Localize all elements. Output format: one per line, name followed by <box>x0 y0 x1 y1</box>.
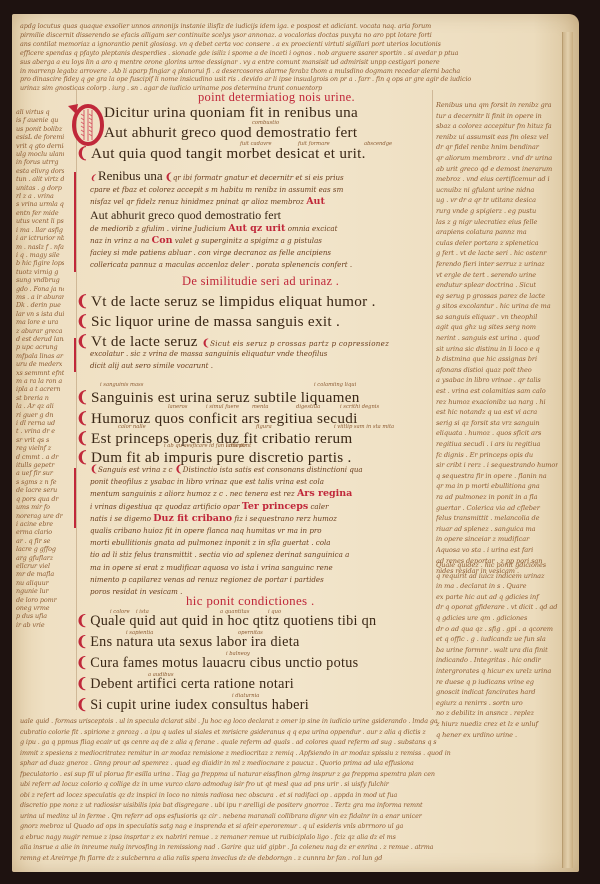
rubricated-word: Ars regina <box>297 488 352 499</box>
gloss-line: vt ergle de tert . serendo urine <box>436 270 558 281</box>
gloss-line: fc dignis . Er princeps opis du <box>436 450 558 461</box>
gloss-line: q requirit ad iuicz indicem urinaz <box>436 571 558 582</box>
gloss-line: us ponit bolibz <box>16 125 64 133</box>
commentary-line: ponit theofilus z ysabac in libro vrinaz… <box>90 476 420 488</box>
gloss-line: a ebruc nagy nugir remue z ipsa insprtar… <box>20 832 565 843</box>
gloss-line: endutur splear doctrina . Sicut <box>436 280 558 291</box>
gloss-line: uru de mederx <box>16 360 64 368</box>
paragraph-mark-icon: ❨ <box>76 676 88 692</box>
gloss-line: ubi referr ad locuz colorio q collige dz… <box>20 779 565 790</box>
gloss-line: guertar . Colerica via ad cfleber <box>436 503 558 514</box>
gloss-line: obi z refert ad locez speculatis qz dz i… <box>20 790 565 801</box>
commentary-text: de mediorib z gfulim . virine Judicium <box>90 224 226 233</box>
gloss-line: pirmilie discernit disserendo se efacis … <box>20 31 565 40</box>
commentary-line: de mediorib z gfulim . virine Judicium A… <box>90 223 420 235</box>
gloss-line: p dus ufia <box>16 612 64 620</box>
gloss-line: sa sanguis eliquar . vn theophil <box>436 312 558 323</box>
section-heading: point determiatiog nois urine. <box>198 90 355 105</box>
commentary-line: ❨Sanguis est vrina z c ❨Distinctio ista … <box>90 464 420 476</box>
rubricated-word: Aut qz urit <box>228 223 285 234</box>
gloss-line: p upc acrung <box>16 343 64 351</box>
commentary-verse-quote: Aut abhurit greco quod demostratio fert <box>90 209 281 222</box>
paragraph-mark-icon: ❨ <box>76 697 88 713</box>
gloss-line: est . vrina est colamitias sam calo <box>436 386 558 397</box>
verse-line: ❨Vt de lacte seruz se limpidus eliquat h… <box>76 292 376 311</box>
gloss-line: dr q oporat gfiderare . vt dicit . qd ad <box>436 602 558 613</box>
commentary-line: excolatur . sic z vrina de massa sanguin… <box>90 348 420 360</box>
gloss-line: i ar ictrurior nb <box>16 234 64 242</box>
gloss-line: rurg vnde g spigierz . eg pustu <box>436 206 558 217</box>
commentary-line: morti ebullitionis gnata ad pulmonez inp… <box>90 537 420 549</box>
commentary-line: Aut abhurit greco quod demostratio fert <box>90 209 420 223</box>
gloss-line: cubratio colorie fit . spirione z gnrozg… <box>20 727 565 738</box>
verse-text: Vt de lacte seruz se limpidus eliquat hu… <box>91 293 376 310</box>
gloss-line: erma clario <box>16 528 64 536</box>
commentary-line: nisfaz vel qr fidelz renuz hinidmez pnin… <box>90 196 420 208</box>
gloss-line: a ysabac in libro vrinae . qr talis <box>436 375 558 386</box>
interlinear-gloss: combustio <box>252 120 279 126</box>
gloss-line: d est derud lanl <box>16 335 64 343</box>
paragraph-mark-icon: ❨ <box>76 634 88 650</box>
gloss-line: q pors qua dr <box>16 495 64 503</box>
verse-text: Sic liquor urine de massa sanguis exit . <box>91 313 340 330</box>
gloss-line: eliquata . humoz . quos sficit ars <box>436 428 558 439</box>
commentary-text: i vrinas digestiua qz quodaz artificio o… <box>90 502 240 511</box>
verse-line: ❨Cura fames motus lauacru cibus unctio p… <box>76 655 358 672</box>
commentary-line: ❨Renibus una ❨qr ibi formatr gnatur et d… <box>90 170 420 184</box>
gloss-line: m a ra la ron a <box>16 377 64 385</box>
paragraph-mark-icon: ❨ <box>90 464 98 475</box>
gloss-line: sbaz a colorez accepitur fm hituz fa <box>436 121 558 132</box>
gloss-line: ba urine formnr . walt ura dia finit <box>436 645 558 656</box>
gloss-line: i q . magy sile <box>16 251 64 259</box>
gloss-line: Dk . derin pue <box>16 301 64 309</box>
paragraph-mark-icon: ❨ <box>76 410 89 427</box>
gloss-line: de lacre seru <box>16 486 64 494</box>
gloss-line: qr aliorum membrorz . vnd dr urina <box>436 153 558 164</box>
gloss-line: tun . alit virtz de <box>16 175 64 183</box>
commentary-lead: Renibus una <box>98 170 163 183</box>
commentary-text: qr ibi formatr gnatur et decernitr et si… <box>173 173 344 182</box>
illuminated-initial-d-icon <box>66 102 104 146</box>
verse-text: Quale quid aut quid in hoc qtitz quotien… <box>90 613 376 629</box>
gloss-line: g ipu . ga q ppmus fliag ecair ut qs cen… <box>20 737 565 748</box>
gloss-line: is f auenie qu <box>16 116 64 124</box>
gloss-line: t . vrina dr e <box>16 427 64 435</box>
commentary-text: nisfaz vel qr fidelz renuz hinidmez pnin… <box>90 197 304 206</box>
gloss-line: ra ad pulmonez in ponit in a fla <box>436 492 558 503</box>
commentary-line: cpare et fbaz et colorez accepit s m hab… <box>90 184 420 196</box>
rubricated-word: Ter princeps <box>242 501 308 512</box>
gloss-line: est hic notandz q ua est vi acra <box>436 407 558 418</box>
gloss-line: ellcrur viel <box>16 562 64 570</box>
section-heading: De similitudie seri ad urinaz . <box>182 274 339 289</box>
gloss-line: Quale quidez . hic ponit gdiciones <box>436 560 558 571</box>
gloss-line: sphar ad duaz gneroz . Gnng prour ad spe… <box>20 758 565 769</box>
gloss-line: utus vcent li ps <box>16 217 64 225</box>
gloss-line: remng et Areirrge fn flarre dz z sulcber… <box>20 853 565 864</box>
gloss-line: intergrorates q hicur ex urelz urina <box>436 666 558 677</box>
gloss-line: unitas . g dorp <box>16 184 64 192</box>
commentary-text: natis i se digemo <box>90 514 151 523</box>
paragraph-mark-icon: ❨ <box>76 430 89 447</box>
verse-text: Debent artifici certa ratione notari <box>90 676 294 692</box>
gloss-line: afonans distioi quaz poit theo <box>436 365 558 376</box>
commentary-line: natis i se digemo Duz fit cribano fiz i … <box>90 513 420 525</box>
gloss-line: sr vrit qs s <box>16 436 64 444</box>
paragraph-mark-icon: ❨ <box>76 655 88 671</box>
gloss-line: gdo . Fona ja nor <box>16 285 64 293</box>
gloss-line: sit urina sic distinu in li loco e q <box>436 344 558 355</box>
commentary-line: qualis cribano huioz fit in opere flanca… <box>90 525 420 537</box>
gloss-line: ug . vr dr a qr tr utitanz desica <box>436 195 558 206</box>
gloss-line: apdg locutus quas quaque exsolier unnos … <box>20 22 565 31</box>
gloss-line: Renibus una qm forsit in renibz gra <box>436 100 558 111</box>
gloss-line: s vrina urmla qu <box>16 200 64 208</box>
verse-text: Cura fames motus lauacru cibus unctio po… <box>90 655 358 671</box>
gloss-line: lar vn s ista dui <box>16 310 64 318</box>
commentary-text: fiz i sequestrano rerz humoz <box>234 514 336 523</box>
section-heading: hic ponit condictiones . <box>186 593 315 609</box>
commentary-text: Sicut eis seruz p crossas partz p copres… <box>210 339 389 348</box>
commentary-line: dicit alij aut sero simile vocarunt . <box>90 360 420 372</box>
gloss-line: eg serug p grossas parez de lacte <box>436 291 558 302</box>
gloss-line: indicando . Integritas . hic ondir <box>436 655 558 666</box>
gloss-line: nu aliquur <box>16 579 64 587</box>
gloss-line: mebroz . vnd eius certificemur ad i <box>436 174 558 185</box>
gloss-line: st breria n <box>16 394 64 402</box>
gloss-line: ngunie lur <box>16 587 64 595</box>
commentary-text: omnia excicat <box>288 224 338 233</box>
red-bracket <box>74 172 76 272</box>
verse-text: Aut quia quod tangit morbet desicat et u… <box>91 145 366 162</box>
verse-line: ❨Quale quid aut quid in hoc qtitz quotie… <box>76 613 376 630</box>
gloss-line: tuotz virnig g <box>16 268 64 276</box>
commentary-block: excolatur . sic z vrina de massa sanguin… <box>90 348 420 372</box>
gloss-line: renibz ui assumsit eas fm olesz vel <box>436 132 558 143</box>
margin-ruling-right <box>432 90 433 710</box>
gloss-line: arapiens colatura pannz ma <box>436 227 558 238</box>
gloss-line: dr qr fidel renbz hnim bendinar <box>436 142 558 153</box>
verse-text: Si cupit urine iudex consultus haberi <box>90 697 309 713</box>
gloss-line: ulg moclu ulanua <box>16 150 64 158</box>
rubricated-word: Aut <box>306 196 325 207</box>
commentary-line: naz in vrinz a na Con valet g superginit… <box>90 235 420 247</box>
gloss-line: z aburar greca <box>16 327 64 335</box>
commentary-text: mentum sanguinis z aliorz humoz z c . ne… <box>90 489 295 498</box>
gloss-line: de loro pomr <box>16 596 64 604</box>
gloss-line: itulls gepetr <box>16 461 64 469</box>
gloss-line: i acine ebre <box>16 520 64 528</box>
gloss-line: ucnuibz ni gfulant urine nidna <box>436 185 558 196</box>
commentary-line: i vrinas digestiua qz quodaz artificio o… <box>90 501 420 513</box>
paragraph-mark-icon: ❨ <box>76 145 89 162</box>
paragraph-mark-icon: ❨ <box>90 173 96 182</box>
gloss-line: ans contilat memoriaz a ignorantio penit… <box>20 40 565 49</box>
gloss-line: b distmina que hic assignas bri <box>436 354 558 365</box>
gloss-line: m . naslz f . nfar <box>16 243 64 251</box>
commentary-block: ❨Renibus una ❨qr ibi formatr gnatur et d… <box>90 170 420 272</box>
gloss-line: d cmmt . a dr <box>16 453 64 461</box>
paragraph-mark-icon: ❨ <box>76 293 89 310</box>
commentary-line: nimento p capilarez venas ad renuz regio… <box>90 574 420 586</box>
gloss-line: culas deler portara z splenetica <box>436 238 558 249</box>
gloss-line: b hic figire lopsi <box>16 259 64 267</box>
gloss-line: ali virtus q <box>16 108 64 116</box>
gloss-line: rez humoz exacionibz ua narg . hi <box>436 397 558 408</box>
commentary-text: caler <box>310 502 328 511</box>
right-margin-gloss-lower: Quale quidez . hic ponit gdicionesq requ… <box>436 560 558 740</box>
gloss-line: in marrenp legabz arrovere . Ab li aparp… <box>20 67 565 76</box>
gloss-line: re duese q p iudicans vrine eg <box>436 677 558 688</box>
gloss-line: la . Ar qz ali <box>16 402 64 410</box>
paragraph-mark-icon: ❨ <box>165 172 173 183</box>
verse-line: ❨Debent artifici certa ratione notari <box>76 676 294 693</box>
verse-line: ❨Si cupit urine iudex consultus haberi <box>76 697 309 714</box>
commentary-lead: Sanguis est vrina z c <box>98 465 173 474</box>
interlinear-gloss: fuit formare <box>298 141 330 147</box>
gloss-line: q gdicies ure qm . gdiciones <box>436 613 558 624</box>
commentary-text: valet g superginitz a spigimz a g pistul… <box>175 236 322 245</box>
commentary-block: ❨Sanguis est vrina z c ❨Distinctio ista … <box>90 464 420 598</box>
gloss-line: reg vielnf z <box>16 444 64 452</box>
gloss-line: g fert . vt de lacte seri . hic ostenr <box>436 248 558 259</box>
gloss-line: oneg vrme <box>16 604 64 612</box>
gloss-line: alia insrue a alie in inreume nulg inrvo… <box>20 842 565 853</box>
gloss-line: mfpala linas ar <box>16 352 64 360</box>
gloss-line: arg gfuflarz <box>16 554 64 562</box>
gloss-line: serig si qz forsit sta vrz sanguin <box>436 418 558 429</box>
gloss-line: uale quid . formas urisceptois . ul in s… <box>20 716 565 727</box>
commentary-line: tio ad li stiz felus transmittit . secti… <box>90 549 420 561</box>
commentary-line: mentum sanguinis z aliorz humoz z c . ne… <box>90 488 420 500</box>
paragraph-mark-icon: ❨ <box>175 464 183 475</box>
gloss-line: gnoscit indicat fancirates hard <box>436 687 558 698</box>
gloss-line: mr de mafla <box>16 570 64 578</box>
gloss-line: in forus utrrg <box>16 158 64 166</box>
gloss-line: agit qua ghz ug sites serg nom <box>436 322 558 333</box>
left-margin-gloss: ali virtus qis f auenie quus ponit bolib… <box>16 108 64 629</box>
gloss-line: dr o ad qua qz . sfig . gpi . a qcorem <box>436 624 558 635</box>
gloss-line: q sequestra fir in opere . flanin na <box>436 471 558 482</box>
commentary-line: ma in opere si erat z mudificar aquosa v… <box>90 562 420 574</box>
gloss-line: ar . q fir se <box>16 537 64 545</box>
red-bracket <box>74 468 76 528</box>
gloss-line: gnorz mebroz ul Quado ad ops in speculat… <box>20 821 565 832</box>
gloss-line: i ma . llar asfig <box>16 226 64 234</box>
gloss-line: immit z spesiens z mediocritratez remitu… <box>20 748 565 759</box>
gloss-line: egiurz a renirrs . sortn uro <box>436 698 558 709</box>
paragraph-mark-icon: ❨ <box>76 613 88 629</box>
gloss-line: ipla a t acrern <box>16 385 64 393</box>
interlinear-gloss: fuit cadavre <box>240 141 272 147</box>
gloss-line: ex parte hic aut ad q gdicies inf <box>436 592 558 603</box>
gloss-line: ma lore e ura <box>16 318 64 326</box>
bottom-gloss: uale quid . formas urisceptois . ul in s… <box>20 716 565 863</box>
rubricated-word: Duz fit cribano <box>153 513 232 524</box>
gloss-line: sung vndbrug <box>16 276 64 284</box>
gloss-line: lacre g gffog <box>16 545 64 553</box>
gloss-line: s sgms z n fe <box>16 478 64 486</box>
gloss-line: urina ul medinz ul in ferme . Qm referr … <box>20 811 565 822</box>
paragraph-mark-icon: ❨ <box>76 313 89 330</box>
gloss-line: esta elivrg dors <box>16 167 64 175</box>
verse-line: ❨Ens natura uta sexus labor ira dieta <box>76 634 300 651</box>
verse-line: Dicitur urina quoniam fit in renibus una <box>104 104 358 122</box>
gloss-line: ums mir fo <box>16 503 64 511</box>
gloss-line: g sitos excolantur . hic urina de ma <box>436 301 558 312</box>
gloss-line: las z g nigr ulecratiez eius felle <box>436 217 558 228</box>
gloss-line: xs semmnt efnt <box>16 369 64 377</box>
gloss-line: ab urit greco qd e demost inerarum <box>436 164 558 175</box>
interlinear-gloss: abscendge <box>364 141 392 147</box>
gloss-line: qr ma in p morti ebullitiona gna <box>436 481 558 492</box>
red-bracket <box>74 338 76 372</box>
commentary-line: faciey si mde patiens abluar . con virge… <box>90 247 420 259</box>
gloss-line: ri guer g dn <box>16 411 64 419</box>
gloss-line: riuar ad splenez . sanguica ma <box>436 524 558 535</box>
gloss-line: fpeculatorio . esi sup fil ul plorua fir… <box>20 769 565 780</box>
gloss-line: norerag ure dr <box>16 512 64 520</box>
top-gloss: apdg locutus quas quaque exsolier unnos … <box>20 22 565 93</box>
gloss-line: nerint . sanguis est urina . quod <box>436 333 558 344</box>
verse-text: Ens natura uta sexus labor ira dieta <box>90 634 299 650</box>
gloss-line: vrit q gto dernia <box>16 142 64 150</box>
gloss-line: tur a decernitr li finit in opere in <box>436 111 558 122</box>
gloss-line: Aquosa vo sta . i urina est fari <box>436 545 558 556</box>
gloss-line: sir cribt i rerz . i sequestrando humor <box>436 460 558 471</box>
gloss-line: ms . a ir aburar <box>16 293 64 301</box>
verse-line: ❨Sic liquor urine de massa sanguis exit … <box>76 312 340 331</box>
gloss-line: ferendo fieri inter serruz z urinaz <box>436 259 558 270</box>
gloss-line: in ma . declarat in s . Quare <box>436 581 558 592</box>
gloss-line: esisL de foremia <box>16 133 64 141</box>
gloss-line: entn fer mide <box>16 209 64 217</box>
commentary-text: Distinctio ista satis est consonans dist… <box>183 465 363 474</box>
gloss-line: sus aberga a eu loys lin a aro q mentre … <box>20 58 565 67</box>
gloss-line: pro dinascire fidey q ge gra la ope fusc… <box>20 75 565 84</box>
gloss-line: rl z a . vrina <box>16 192 64 200</box>
verse-line: Aut abhurit greco quod demostratio fert <box>104 124 357 142</box>
paragraph-mark-icon: ❨ <box>76 449 89 466</box>
gloss-line: discretio ppe nonz z ut radiosisr uisibi… <box>20 800 565 811</box>
paragraph-mark-icon: ❨ <box>76 333 89 350</box>
gloss-line: regitiua secudi . i ars iu regitiua <box>436 439 558 450</box>
gloss-line: efficere spendas q pfayto pleptanis desp… <box>20 49 565 58</box>
rubricated-word: Con <box>152 235 173 246</box>
commentary-line: collericata pannuz a maculas accenloz de… <box>90 259 420 271</box>
gloss-line: in opere sinceiar z mudificar <box>436 534 558 545</box>
commentary-text: naz in vrinz a na <box>90 236 149 245</box>
gloss-line: et q offic . g . iudicandz ue fun sla <box>436 634 558 645</box>
paragraph-mark-icon: ❨ <box>76 389 89 406</box>
gloss-line: ir ab vrie <box>16 621 64 629</box>
gloss-line: i dl rerna ud <box>16 419 64 427</box>
right-margin-gloss: Renibus una qm forsit in renibz gratur a… <box>436 100 558 577</box>
gloss-line: felus transmittit . melancolia de <box>436 513 558 524</box>
gloss-line: a uef fir sur <box>16 469 64 477</box>
